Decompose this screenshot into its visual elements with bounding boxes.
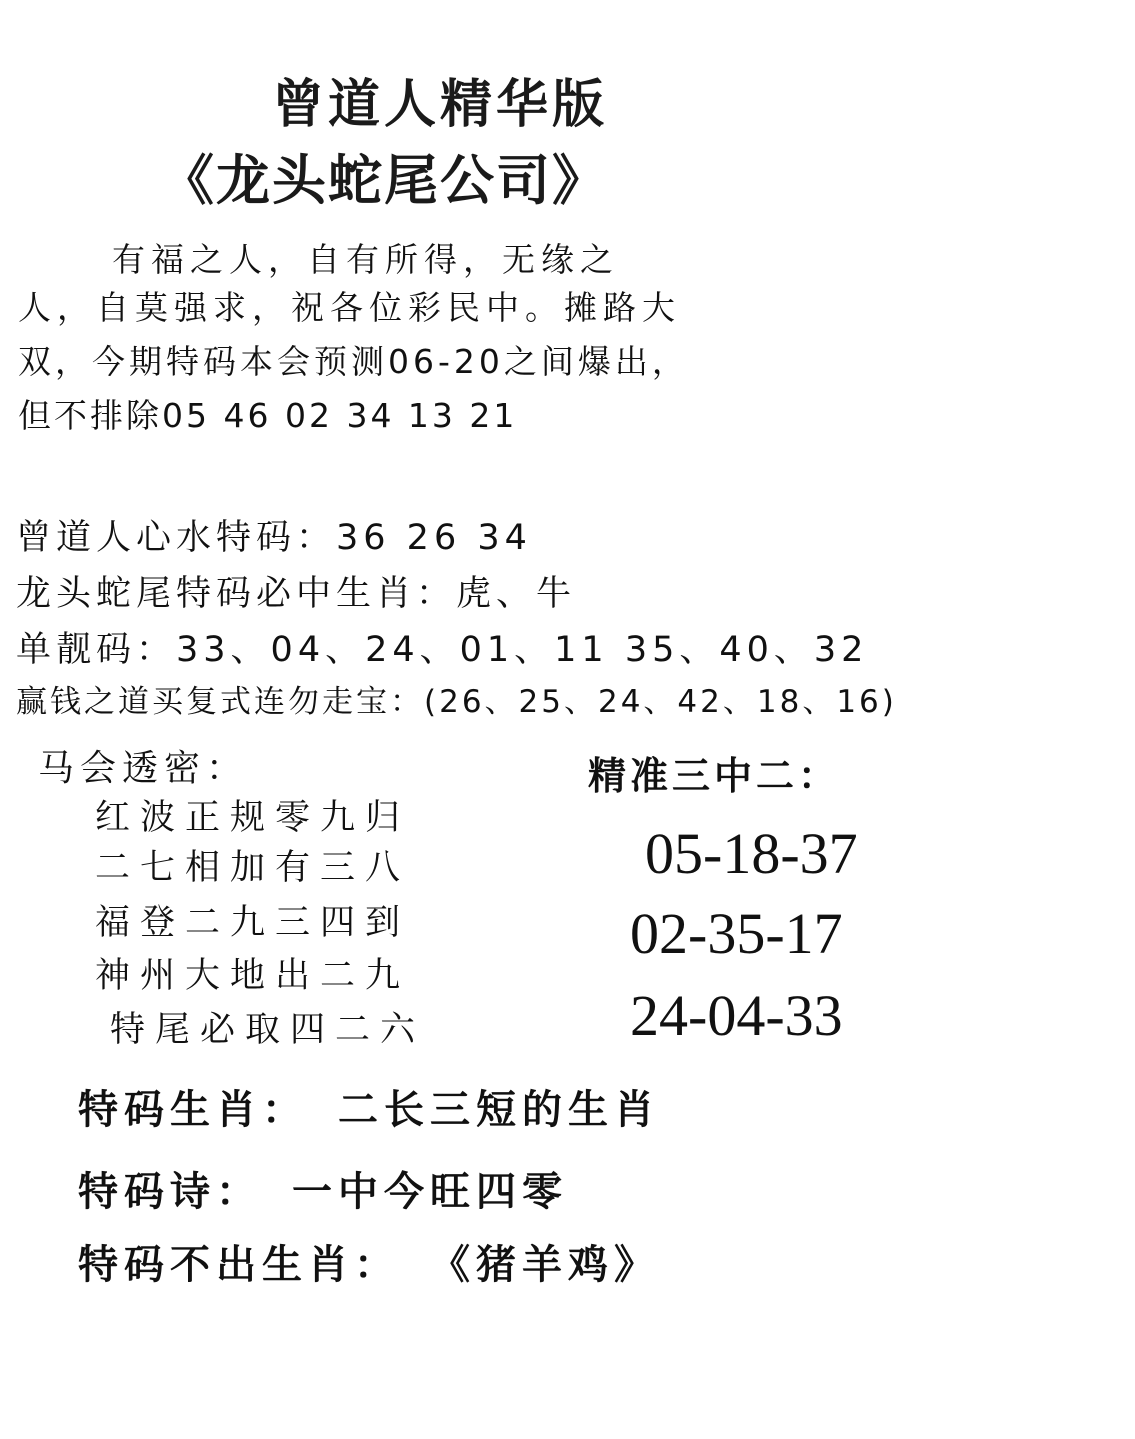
poem-line-3: 福登二九三四到 bbox=[95, 895, 410, 945]
special-poem-label: 特码诗： bbox=[78, 1169, 262, 1215]
excluded-zodiac-value: 《猪羊鸡》 bbox=[430, 1242, 660, 1288]
heart-code-label: 曾道人心水特码： bbox=[16, 518, 336, 558]
single-code-values: 33、04、24、01、11 35、40、32 bbox=[176, 630, 868, 670]
zodiac-row: 龙头蛇尾特码必中生肖：虎、牛 bbox=[16, 566, 576, 616]
intro-line-4: 但不排除05 46 02 34 13 21 bbox=[18, 388, 517, 444]
special-zodiac-label: 特码生肖： bbox=[78, 1087, 308, 1133]
special-zodiac-row: 特码生肖：二长三短的生肖 bbox=[78, 1078, 660, 1135]
heart-code-values: 36 26 34 bbox=[336, 518, 532, 558]
accurate-set-1: 05-18-37 bbox=[645, 820, 858, 887]
combo-label: 赢钱之道买复式连勿走宝： bbox=[16, 684, 424, 720]
excluded-zodiac-row: 特码不出生肖：《猪羊鸡》 bbox=[78, 1233, 660, 1290]
heart-code-row: 曾道人心水特码：36 26 34 bbox=[16, 510, 532, 560]
zodiac-label: 龙头蛇尾特码必中生肖： bbox=[16, 574, 456, 614]
poem-line-5: 特尾必取四二六 bbox=[110, 1002, 425, 1052]
combo-values: (26、25、24、42、18、16) bbox=[424, 684, 897, 720]
zodiac-values: 虎、牛 bbox=[456, 574, 576, 614]
poem-line-1: 红波正规零九归 bbox=[95, 790, 410, 840]
poem-line-2: 二七相加有三八 bbox=[95, 840, 410, 890]
single-code-row: 单靓码：33、04、24、01、11 35、40、32 bbox=[16, 622, 868, 672]
special-poem-value: 一中今旺四零 bbox=[292, 1169, 568, 1215]
excluded-zodiac-label: 特码不出生肖： bbox=[78, 1242, 400, 1288]
accurate-set-3: 24-04-33 bbox=[630, 982, 843, 1049]
page-title: 曾道人精华版 bbox=[272, 62, 608, 137]
poem-line-4: 神州大地出二九 bbox=[95, 948, 410, 998]
accurate-set-2: 02-35-17 bbox=[630, 900, 843, 967]
intro-line-3: 双，今期特码本会预测06-20之间爆出， bbox=[18, 334, 689, 390]
accurate-heading: 精准三中二： bbox=[588, 745, 840, 800]
combo-row: 赢钱之道买复式连勿走宝：(26、25、24、42、18、16) bbox=[16, 676, 897, 721]
single-code-label: 单靓码： bbox=[16, 630, 176, 670]
special-poem-row: 特码诗：一中今旺四零 bbox=[78, 1160, 568, 1217]
special-zodiac-value: 二长三短的生肖 bbox=[338, 1087, 660, 1133]
page-subtitle: 《龙头蛇尾公司》 bbox=[160, 138, 608, 215]
intro-line-2: 人，自莫强求，祝各位彩民中。摊路大 bbox=[18, 280, 681, 336]
poem-heading: 马会透密： bbox=[38, 740, 248, 791]
